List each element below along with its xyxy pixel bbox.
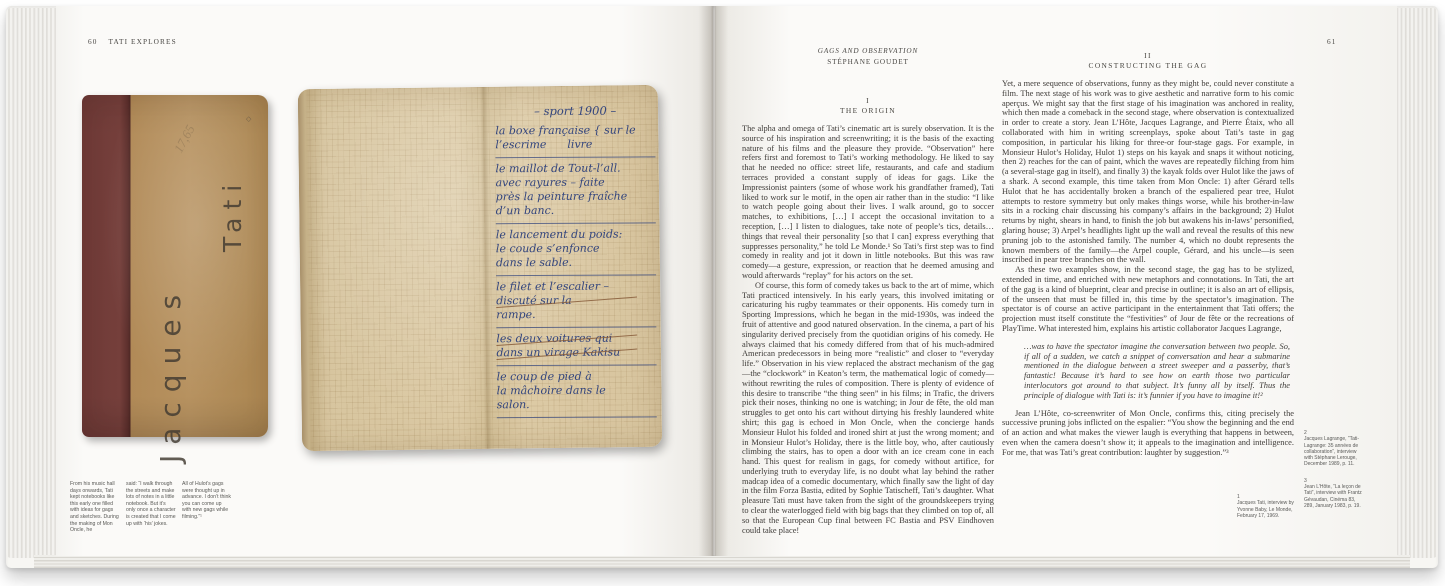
- handwritten-line: – sport 1900 –: [495, 103, 655, 118]
- block-quote: …was to have the spectator imagine the c…: [1002, 342, 1294, 401]
- folio-right: 61: [1327, 37, 1337, 46]
- section-number: II: [1002, 51, 1294, 61]
- handwritten-line: la boxe française { sur le: [495, 123, 655, 138]
- handwritten-line: près la peinture fraîche: [496, 189, 656, 204]
- caption-column: All of Hulot’s gags were thought up in a…: [182, 481, 232, 534]
- ink-divider: [495, 364, 657, 366]
- text-column-1: I THE ORIGIN The alpha and omega of Tati…: [742, 96, 994, 535]
- handwritten-line: le coude s’enfonce: [496, 241, 656, 256]
- handwritten-line: avec rayures – faite: [496, 175, 656, 190]
- ink-divider: [495, 416, 657, 418]
- handwritten-line-struck: dans un virage Kakisu: [496, 345, 656, 360]
- handwritten-line: le filet et l’escalier –: [496, 279, 656, 294]
- margin-footnotes: 2 Jacques Lagrange, “Tati-Lagrange: 35 a…: [1304, 430, 1364, 509]
- right-page: GAGS AND OBSERVATION STÉPHANE GOUDET 61 …: [715, 6, 1397, 556]
- handwritten-notes: – sport 1900 – la boxe française { sur l…: [495, 101, 657, 438]
- pencil-scribble: 17,65: [171, 122, 199, 155]
- handwritten-line: le coup de pied à: [497, 369, 657, 384]
- photo-captions: From his music hall days onwards, Tati k…: [70, 481, 302, 534]
- cover-handwritten-last-name: Tati: [218, 147, 247, 252]
- footnote-text: Jacques Lagrange, “Tati-Lagrange: 35 ann…: [1304, 436, 1359, 467]
- page-edges-bottom: [34, 555, 1410, 568]
- open-book-photo: 60TATI EXPLORES 17,65 ◇ Jacques Tati – s…: [6, 6, 1438, 568]
- chapter-title: GAGS AND OBSERVATION: [742, 46, 994, 57]
- section-heading: II CONSTRUCTING THE GAG: [1002, 51, 1294, 71]
- notebook-page-photo: – sport 1900 – la boxe française { sur l…: [298, 85, 662, 451]
- page-edges-left: [6, 8, 56, 558]
- body-paragraph: As these two examples show, in the secon…: [1002, 265, 1294, 334]
- footnote-text: Jacques Tati, interview by Yvonne Baby, …: [1237, 500, 1294, 519]
- body-paragraph: Yet, a mere sequence of observations, fu…: [1002, 79, 1294, 265]
- section-title: CONSTRUCTING THE GAG: [1002, 61, 1294, 71]
- notebook-cover-photo: 17,65 ◇ Jacques Tati: [82, 95, 268, 437]
- ink-divider: [495, 156, 657, 158]
- handwritten-line: rampe.: [496, 307, 656, 322]
- ink-divider: [495, 274, 657, 276]
- ink-divider: [495, 222, 657, 224]
- folio-left: 60: [88, 37, 98, 46]
- handwritten-line: le maillot de Tout-l’all.: [495, 161, 655, 176]
- body-paragraph: The alpha and omega of Tati’s cinematic …: [742, 124, 994, 281]
- footnote-1: 1 Jacques Tati, interview by Yvonne Baby…: [1237, 494, 1295, 519]
- notebook-fold-crease: [480, 87, 492, 449]
- handwritten-line: la mâchoire dans le: [497, 383, 657, 398]
- handwritten-line: dans le sable.: [496, 255, 656, 270]
- running-head-left-label: TATI EXPLORES: [109, 37, 177, 46]
- handwritten-line-struck: discuté sur la: [496, 293, 656, 308]
- handwritten-line: l’escrime livre: [495, 137, 655, 152]
- body-paragraph: Jean L’Hôte, co-screenwriter of Mon Oncl…: [1002, 409, 1294, 458]
- chapter-author: STÉPHANE GOUDET: [742, 57, 994, 68]
- notebook-binding-edge: [298, 89, 312, 451]
- handwritten-line: d’un banc.: [496, 203, 656, 218]
- caption-column: From his music hall days onwards, Tati k…: [70, 481, 120, 534]
- ink-divider: [495, 326, 657, 328]
- text-column-2: II CONSTRUCTING THE GAG Yet, a mere sequ…: [1002, 51, 1294, 457]
- footnote-3: 3 Jean L’Hôte, “La leçon de Tati”, inter…: [1304, 478, 1364, 509]
- handwritten-line: le lancement du poids:: [496, 227, 656, 242]
- section-heading: I THE ORIGIN: [742, 96, 994, 116]
- cover-handwritten-first-name: Jacques: [154, 207, 187, 463]
- section-number: I: [742, 96, 994, 106]
- handwritten-line: salon.: [497, 397, 657, 412]
- left-page: 60TATI EXPLORES 17,65 ◇ Jacques Tati – s…: [56, 6, 713, 556]
- handwritten-line-struck: les deux voitures qui: [496, 331, 656, 346]
- footnote-2: 2 Jacques Lagrange, “Tati-Lagrange: 35 a…: [1304, 430, 1364, 468]
- running-head-right: GAGS AND OBSERVATION STÉPHANE GOUDET: [742, 46, 994, 67]
- book-gutter-shadow: [698, 6, 728, 556]
- cover-corner-mark: ◇: [246, 115, 251, 123]
- running-head-left: 60TATI EXPLORES: [88, 37, 177, 46]
- section-title: THE ORIGIN: [742, 106, 994, 116]
- page-edges-right: [1390, 8, 1438, 558]
- caption-column: said: “I walk through the streets and ma…: [126, 481, 176, 534]
- footnote-text: Jean L’Hôte, “La leçon de Tati”, intervi…: [1304, 484, 1362, 509]
- body-paragraph: Of course, this form of comedy takes us …: [742, 281, 994, 536]
